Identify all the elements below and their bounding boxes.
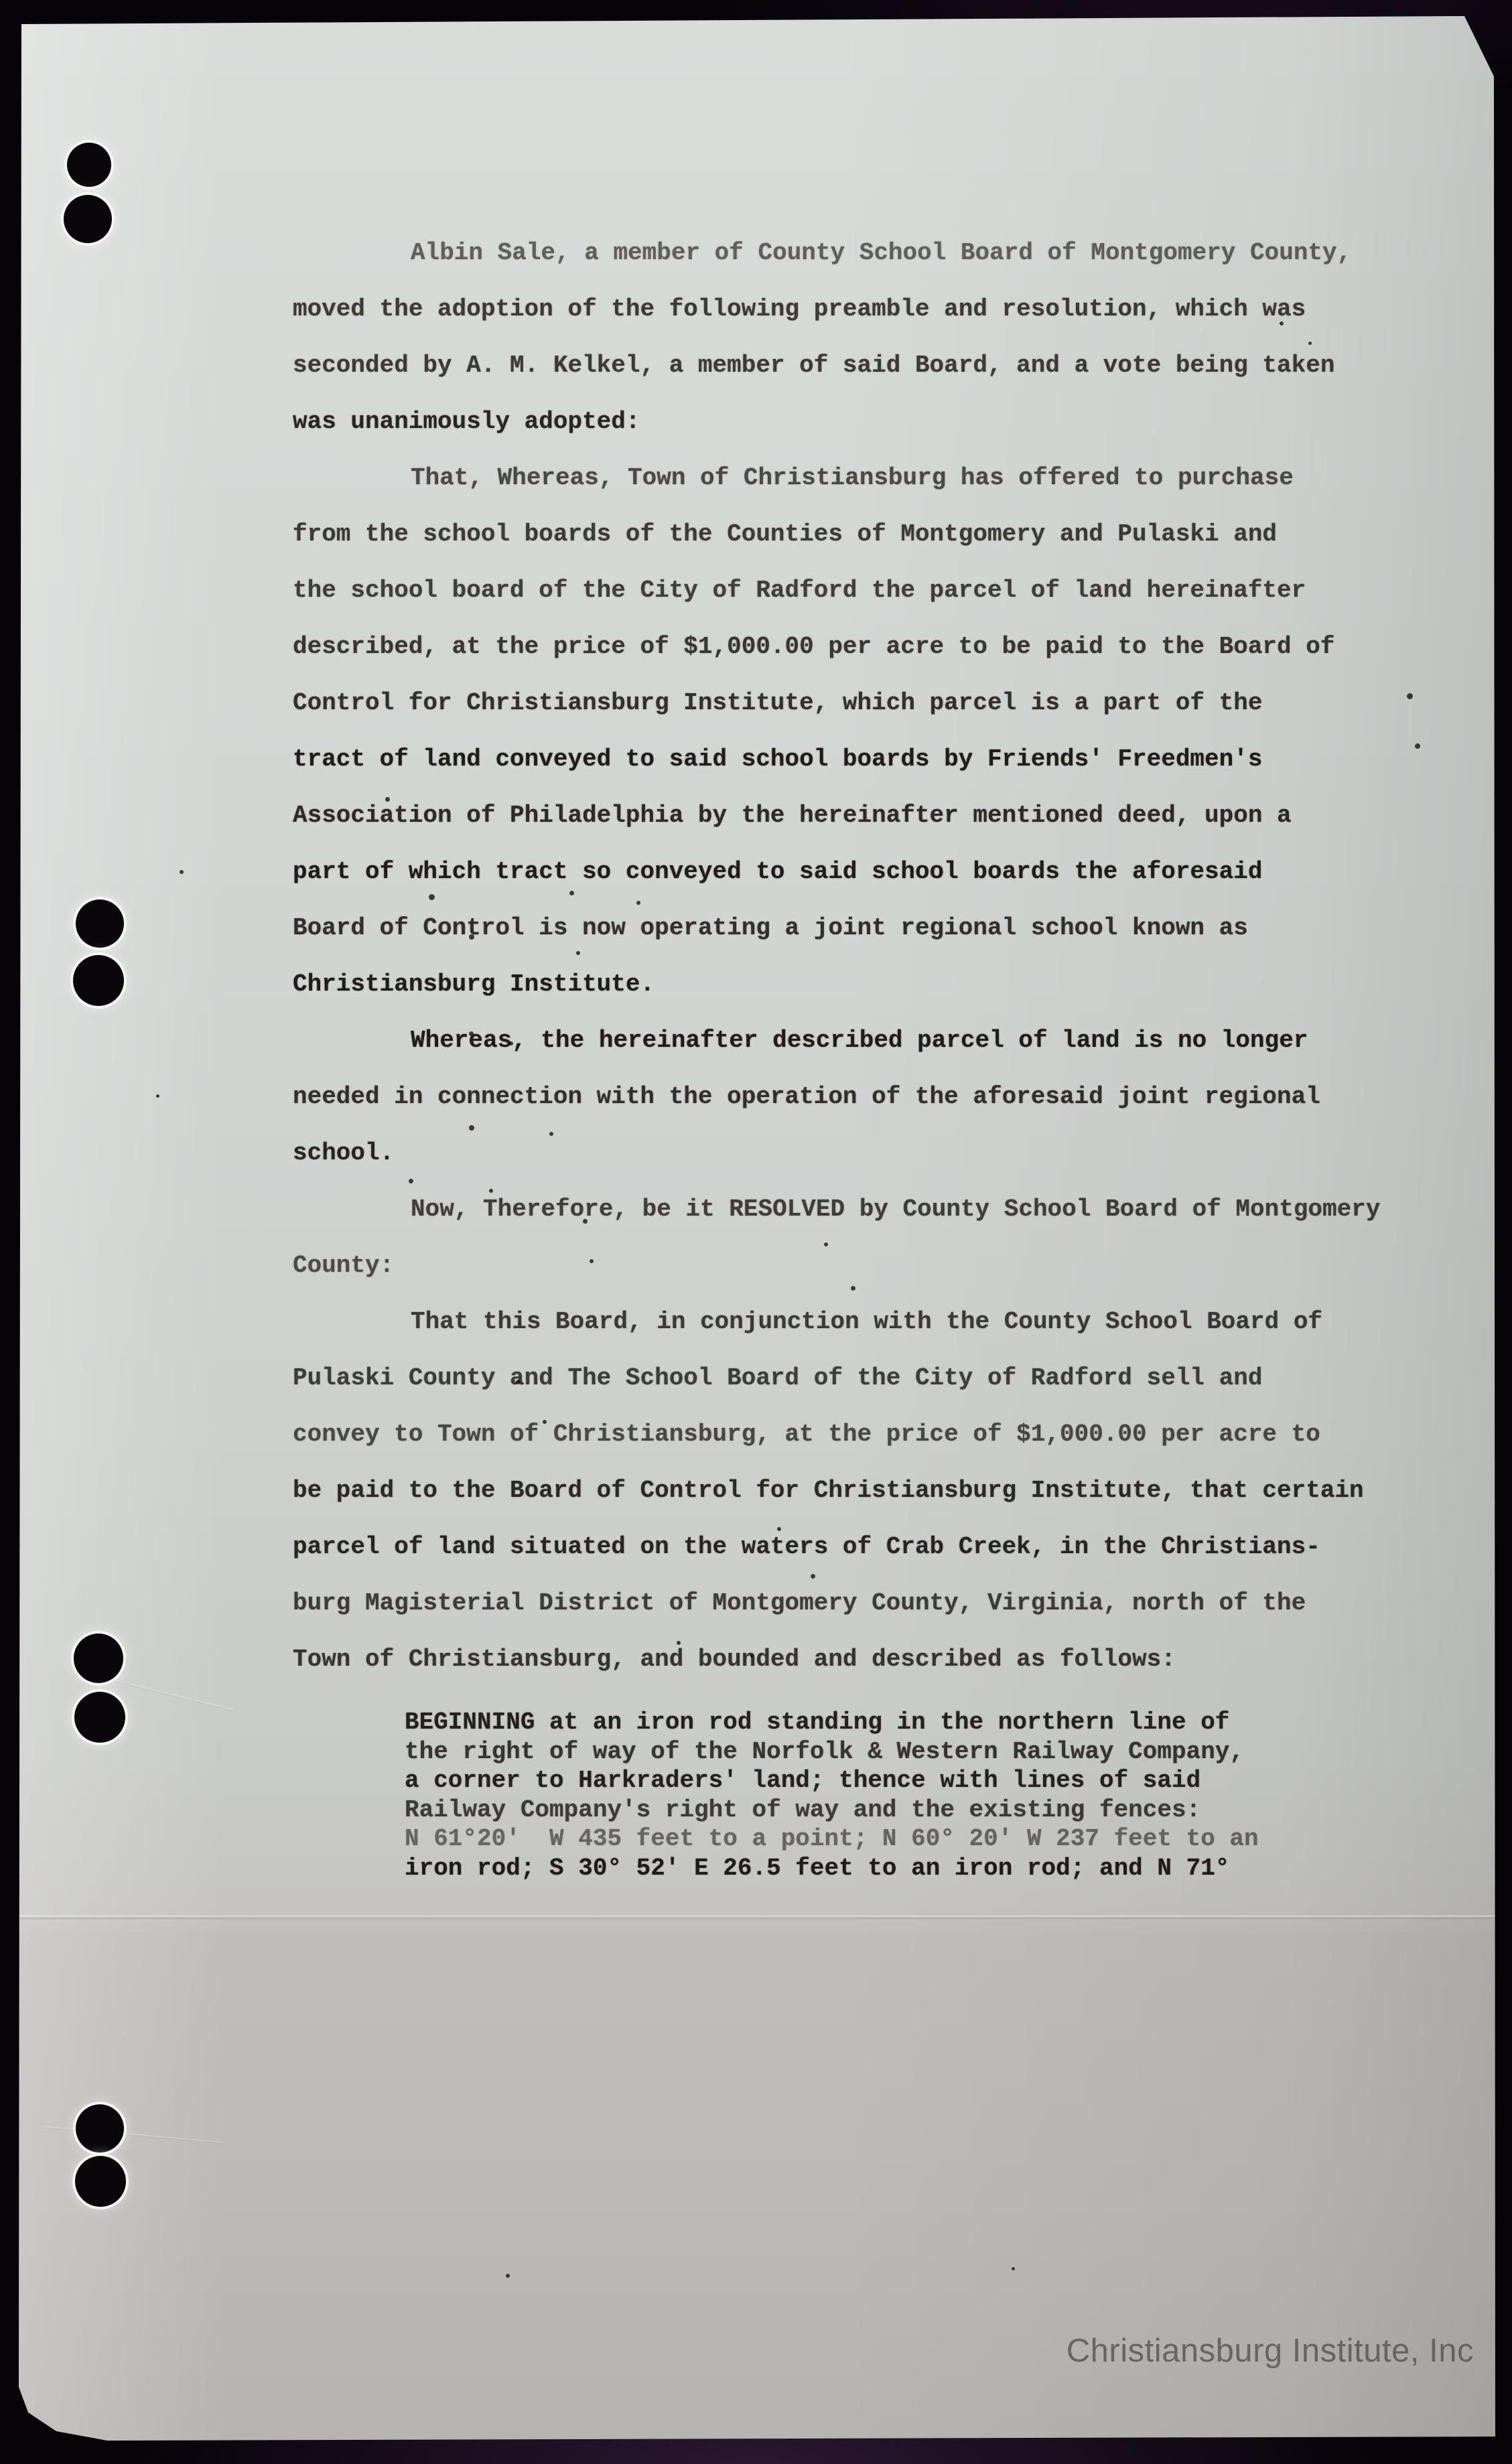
ink-speck [489, 1189, 493, 1193]
ink-speck [156, 1094, 159, 1098]
ink-speck [851, 1286, 855, 1291]
document-line-5: That, Whereas, Town of Christiansburg ha… [411, 461, 1294, 496]
watermark-text: Christiansburg Institute, Inc [1067, 2332, 1474, 2370]
ink-speck [409, 1179, 413, 1183]
document-line-32: iron rod; S 30° 52' E 26.5 feet to an ir… [405, 1851, 1229, 1886]
ink-speck [576, 951, 580, 955]
document-line-26: Town of Christiansburg, and bounded and … [293, 1642, 1176, 1677]
document-line-7: the school board of the City of Radford … [293, 573, 1306, 608]
ink-speck [543, 1420, 547, 1424]
hole-punch-3 [76, 899, 124, 948]
ink-speck [429, 894, 435, 900]
document-line-8: described, at the price of $1,000.00 per… [293, 630, 1334, 664]
ink-speck [1012, 2267, 1015, 2270]
document-line-2: moved the adoption of the following prea… [293, 292, 1306, 327]
hole-punch-4 [73, 955, 124, 1006]
ink-speck [469, 1031, 474, 1036]
ink-speck [750, 1654, 754, 1658]
document-line-21: Pulaski County and The School Board of t… [293, 1361, 1262, 1396]
hole-punch-2 [64, 195, 112, 243]
document-line-18: Now, Therefore, be it RESOLVED by County… [411, 1192, 1380, 1227]
document-line-10: tract of land conveyed to said school bo… [293, 742, 1262, 777]
ink-speck [469, 1125, 474, 1131]
document-page: Albin Sale, a member of County School Bo… [19, 16, 1495, 2441]
document-line-24: parcel of land situated on the waters of… [293, 1530, 1320, 1565]
document-line-14: Christiansburg Institute. [293, 967, 655, 1002]
document-line-9: Control for Christiansburg Institute, wh… [293, 686, 1262, 721]
document-line-15: Whereas, the hereinafter described parce… [411, 1023, 1308, 1058]
document-line-20: That this Board, in conjunction with the… [411, 1305, 1322, 1339]
hole-punch-8 [75, 2156, 126, 2207]
fold-crease [19, 1915, 1495, 1919]
ink-speck [590, 1259, 594, 1263]
document-line-1: Albin Sale, a member of County School Bo… [411, 236, 1351, 271]
ink-speck [1407, 693, 1413, 699]
ink-speck [506, 2274, 510, 2278]
ink-speck [583, 1219, 588, 1224]
document-line-4: was unanimously adopted: [293, 405, 640, 439]
wrinkle-crease [42, 2126, 222, 2144]
document-line-17: school. [293, 1136, 394, 1171]
hole-punch-1 [67, 143, 111, 187]
ink-speck [677, 1641, 681, 1645]
document-line-11: Association of Philadelphia by the herei… [293, 798, 1292, 833]
ink-speck [385, 797, 390, 802]
ink-speck [1415, 743, 1420, 749]
hole-punch-6 [74, 1692, 125, 1743]
hole-punch-7 [76, 2104, 124, 2153]
ink-speck [569, 891, 574, 895]
document-line-3: seconded by A. M. Kelkel, a member of sa… [293, 348, 1334, 383]
hole-punch-5 [74, 1634, 123, 1683]
ink-speck [777, 1527, 781, 1531]
document-line-6: from the school boards of the Counties o… [293, 517, 1277, 552]
document-line-16: needed in connection with the operation … [293, 1080, 1320, 1114]
ink-speck [516, 1380, 521, 1384]
ink-speck [636, 901, 640, 905]
ink-speck [180, 870, 184, 874]
ink-speck [824, 1242, 828, 1246]
ink-speck [509, 1041, 513, 1045]
document-line-23: be paid to the Board of Control for Chri… [293, 1473, 1364, 1508]
document-line-13: Board of Control is now operating a join… [293, 911, 1248, 946]
document-line-25: burg Magisterial District of Montgomery … [293, 1586, 1306, 1621]
document-line-22: convey to Town of Christiansburg, at the… [293, 1417, 1320, 1452]
ink-speck [469, 934, 474, 940]
document-line-12: part of which tract so conveyed to said … [293, 855, 1262, 889]
ink-speck [549, 1132, 553, 1136]
document-line-19: County: [293, 1248, 394, 1283]
ink-speck [1308, 342, 1312, 345]
ink-speck [1280, 321, 1284, 325]
ink-speck [811, 1574, 815, 1579]
